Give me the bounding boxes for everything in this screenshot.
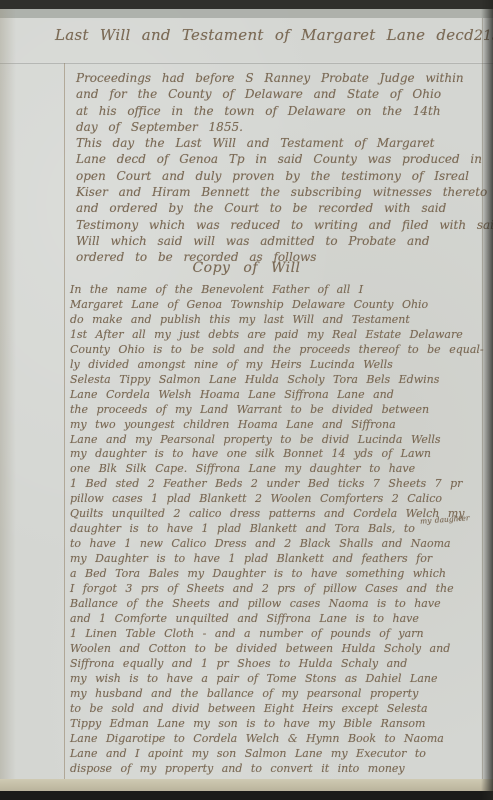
text-line: and for the County of Delaware and State… [76,86,478,102]
document-title: Last Will and Testament of Margaret Lane… [55,26,474,44]
text-line: to have 1 new Calico Dress and 2 Black S… [70,537,482,552]
text-line: at his office in the town of Delaware on… [76,103,478,119]
text-line: do make and publish this my last Will an… [70,313,482,328]
text-line: my wish is to have a pair of Tome Stons … [70,672,482,687]
text-line: Margaret Lane of Genoa Township Delaware… [70,298,482,313]
text-line: Lane and my Pearsonal property to be div… [70,433,482,448]
text-line: Will which said will was admitted to Pro… [76,233,478,249]
text-line: the proceeds of my Land Warrant to be di… [70,403,482,418]
text-line: and 1 Comforte unquilted and Siffrona La… [70,612,482,627]
text-line: Tippy Edman Lane my son is to have my Bi… [70,717,482,732]
text-line: Woolen and Cotton to be divided between … [70,642,482,657]
photo-right-border [481,0,493,800]
photo-bottom-border [0,791,493,800]
text-line: Lane Digarotipe to Cordela Welch & Hymn … [70,732,482,747]
text-line: Lane Cordela Welsh Hoama Lane Siffrona L… [70,388,482,403]
text-line: Lane and I apoint my son Salmon Lane my … [70,747,482,762]
text-line: County Ohio is to be sold and the procee… [70,343,482,358]
text-line: Testimony which was reduced to writing a… [76,217,478,233]
text-line: a Bed Tora Bales my Daughter is to have … [70,567,482,582]
text-line: Selesta Tippy Salmon Lane Hulda Scholy T… [70,373,482,388]
copy-of-will-heading: Copy of Will [0,260,493,276]
text-line: day of September 1855. [76,119,478,135]
text-line: Siffrona equally and 1 pr Shoes to Hulda… [70,657,482,672]
text-line: Proceedings had before S Ranney Probate … [76,70,478,86]
will-body-text: In the name of the Benevolent Father of … [70,283,482,776]
text-line: pillow cases 1 plad Blankett 2 Woolen Co… [70,492,482,507]
text-line: Ballance of the Sheets and pillow cases … [70,597,482,612]
text-line: 1 Bed sted 2 Feather Beds 2 under Bed ti… [70,477,482,492]
record-book-photo: Last Will and Testament of Margaret Lane… [0,0,493,800]
text-line: open Court and duly proven by the testim… [76,168,478,184]
probate-proceedings-text: Proceedings had before S Ranney Probate … [76,70,478,266]
page-top-edge [0,9,493,18]
text-line: This day the Last Will and Testament of … [76,135,478,151]
text-line: my Daughter is to have 1 plad Blankett a… [70,552,482,567]
text-line: to be sold and divid between Eight Heirs… [70,702,482,717]
text-line: dispose of my property and to convert it… [70,762,482,777]
gutter-shadow [0,9,16,792]
text-line: Lane decd of Genoa Tp in said County was… [76,151,478,167]
page-header: Last Will and Testament of Margaret Lane… [55,26,465,44]
text-line: 1 Linen Table Cloth - and a number of po… [70,627,482,642]
text-line: Kiser and Hiram Bennett the subscribing … [76,184,478,200]
text-line: my husband and the ballance of my pearso… [70,687,482,702]
text-line: In the name of the Benevolent Father of … [70,283,482,298]
left-margin-rule [64,63,65,790]
text-line: 1st After all my just debts are paid my … [70,328,482,343]
text-line: my daughter is to have one silk Bonnet 1… [70,447,482,462]
text-line: ly divided amongst nine of my Heirs Luci… [70,358,482,373]
horizontal-crease [0,62,493,64]
text-line: my two youngest children Hoama Lane and … [70,418,482,433]
text-line: and ordered by the Court to be recorded … [76,200,478,216]
text-line: one Blk Silk Cape. Siffrona Lane my daug… [70,462,482,477]
text-line: I forgot 3 prs of Sheets and 2 prs of pi… [70,582,482,597]
